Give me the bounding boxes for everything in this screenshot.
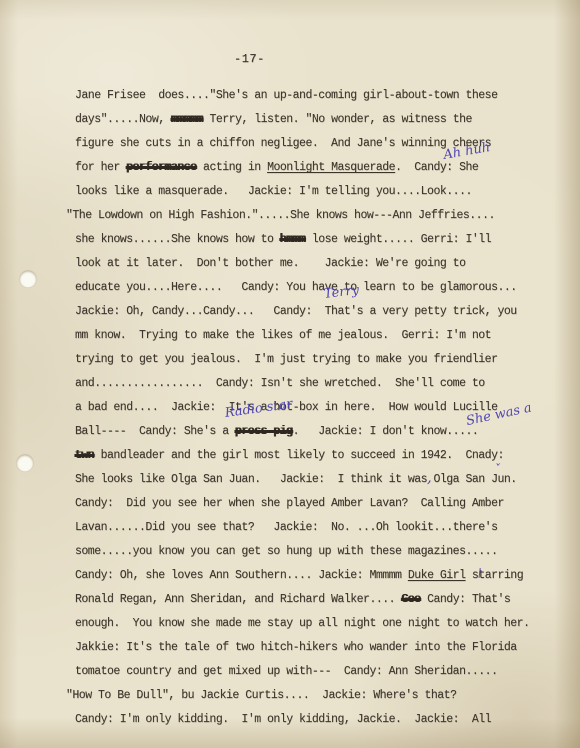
- punch-hole: [17, 455, 34, 472]
- typed-text-segment: acting in: [197, 161, 267, 174]
- typed-text-segment: Jackie: Oh, Candy...Candy... Candy: That…: [75, 305, 517, 318]
- text-line: twn bandleader and the girl most likely …: [75, 444, 545, 468]
- text-line: days".....Now, mmmmm Terry, listen. "No …: [75, 108, 545, 132]
- typed-text-segment: enough. You know she made me stay up all…: [75, 617, 529, 630]
- typed-text-segment: Candy: Did you see her when she played A…: [75, 497, 504, 510]
- underlined-title: Duke Girl: [408, 569, 466, 582]
- typed-text-segment: figure she cuts in a chiffon negligee. A…: [75, 137, 491, 150]
- typed-text-segment: look at it later. Don't bother me. Jacki…: [75, 257, 465, 270]
- text-line: "The Lowdown on High Fashion.".....She k…: [66, 204, 545, 228]
- text-line: "How To Be Dull", bu Jackie Curtis.... J…: [66, 684, 545, 708]
- typed-text-segment: and................. Candy: Isn't she wr…: [75, 377, 485, 390]
- typed-text-segment: mm know. Trying to make the likes of me …: [75, 329, 491, 342]
- text-line: looks like a masquerade. Jackie: I'm tel…: [75, 180, 545, 204]
- text-line: tomatoe country and get mixed up with---…: [75, 660, 545, 684]
- struck-out-text: performance: [126, 161, 196, 174]
- text-line: for her performance acting in Moonlight …: [75, 156, 545, 180]
- typed-text-segment: Jakkie: It's the tale of two hitch-hiker…: [75, 641, 517, 654]
- text-line: She looks like Olga San Juan. Jackie: I …: [75, 468, 545, 492]
- text-line: Candy: I'm only kidding. I'm only kiddin…: [75, 708, 545, 732]
- underlined-title: Moonlight Masquerade: [267, 161, 395, 174]
- typed-text-segment: lose weight..... Gerri: I'll: [305, 233, 491, 246]
- text-line: Candy: Did you see her when she played A…: [75, 492, 545, 516]
- struck-out-text: hmmm: [280, 233, 306, 246]
- typed-text-segment: Candy: I'm only kidding. I'm only kiddin…: [75, 713, 491, 726]
- text-line: Jackie: Oh, Candy...Candy... Candy: That…: [75, 300, 545, 324]
- typed-text-segment: Ball---- Candy: She's a: [75, 425, 235, 438]
- typed-text-segment: She looks like Olga San Juan. Jackie: I …: [75, 473, 517, 486]
- typed-text-segment: looks like a masquerade. Jackie: I'm tel…: [75, 185, 472, 198]
- text-line: Candy: Oh, she loves Ann Southern.... Ja…: [75, 564, 545, 588]
- struck-out-text: mmmmm: [171, 113, 203, 126]
- text-line: mm know. Trying to make the likes of me …: [75, 324, 545, 348]
- typed-text-segment: educate you....Here.... Candy: You have …: [75, 281, 517, 294]
- typed-text-segment: she knows......She knows how to: [75, 233, 280, 246]
- typed-text-segment: Candy: Oh, she loves Ann Southern.... Ja…: [75, 569, 408, 582]
- typed-text-segment: Lavan......Did you see that? Jackie: No.…: [75, 521, 497, 534]
- typed-text-segment: Jane Frisee does...."She's an up-and-com…: [75, 89, 497, 102]
- text-line: Jane Frisee does...."She's an up-and-com…: [75, 84, 545, 108]
- typed-text-segment: some.....you know you can get so hung up…: [75, 545, 497, 558]
- typed-text-segment: Ronald Regan, Ann Sheridan, and Richard …: [75, 593, 401, 606]
- typed-text-segment: days".....Now,: [75, 113, 171, 126]
- struck-out-text: twn: [75, 449, 94, 462]
- text-line: look at it later. Don't bother me. Jacki…: [75, 252, 545, 276]
- typed-text-segment: "How To Be Dull", bu Jackie Curtis.... J…: [66, 689, 456, 702]
- handwritten-annotation: ,: [427, 468, 432, 486]
- typed-text-segment: trying to get you jealous. I'm just tryi…: [75, 353, 497, 366]
- typed-text-segment: for her: [75, 161, 126, 174]
- text-line: enough. You know she made me stay up all…: [75, 612, 545, 636]
- text-line: trying to get you jealous. I'm just tryi…: [75, 348, 545, 372]
- text-line: Jakkie: It's the tale of two hitch-hiker…: [75, 636, 545, 660]
- handwritten-annotation: ˇ: [494, 462, 500, 476]
- typed-text: Jane Frisee does...."She's an up-and-com…: [75, 84, 545, 732]
- text-line: educate you....Here.... Candy: You have …: [75, 276, 545, 300]
- struck-out-text: press pig: [235, 425, 293, 438]
- typed-text-segment: . Jackie: I don't know.....: [293, 425, 479, 438]
- text-line: she knows......She knows how to hmmm los…: [75, 228, 545, 252]
- typed-text-segment: . Candy: She: [395, 161, 478, 174]
- struck-out-text: Gee: [401, 593, 420, 606]
- text-line: Ronald Regan, Ann Sheridan, and Richard …: [75, 588, 545, 612]
- typed-text-segment: starring: [465, 569, 523, 582]
- typed-text-segment: tomatoe country and get mixed up with---…: [75, 665, 497, 678]
- typed-text-segment: "The Lowdown on High Fashion.".....She k…: [66, 209, 495, 222]
- text-line: Lavan......Did you see that? Jackie: No.…: [75, 516, 545, 540]
- punch-hole: [20, 271, 37, 288]
- text-line: some.....you know you can get so hung up…: [75, 540, 545, 564]
- page-number: -17-: [234, 52, 265, 66]
- text-line: and................. Candy: Isn't she wr…: [75, 372, 545, 396]
- typed-text-segment: Terry, listen. "No wonder, as witness th…: [203, 113, 472, 126]
- typed-text-segment: Candy: That's: [421, 593, 511, 606]
- typed-text-segment: bandleader and the girl most likely to s…: [94, 449, 504, 462]
